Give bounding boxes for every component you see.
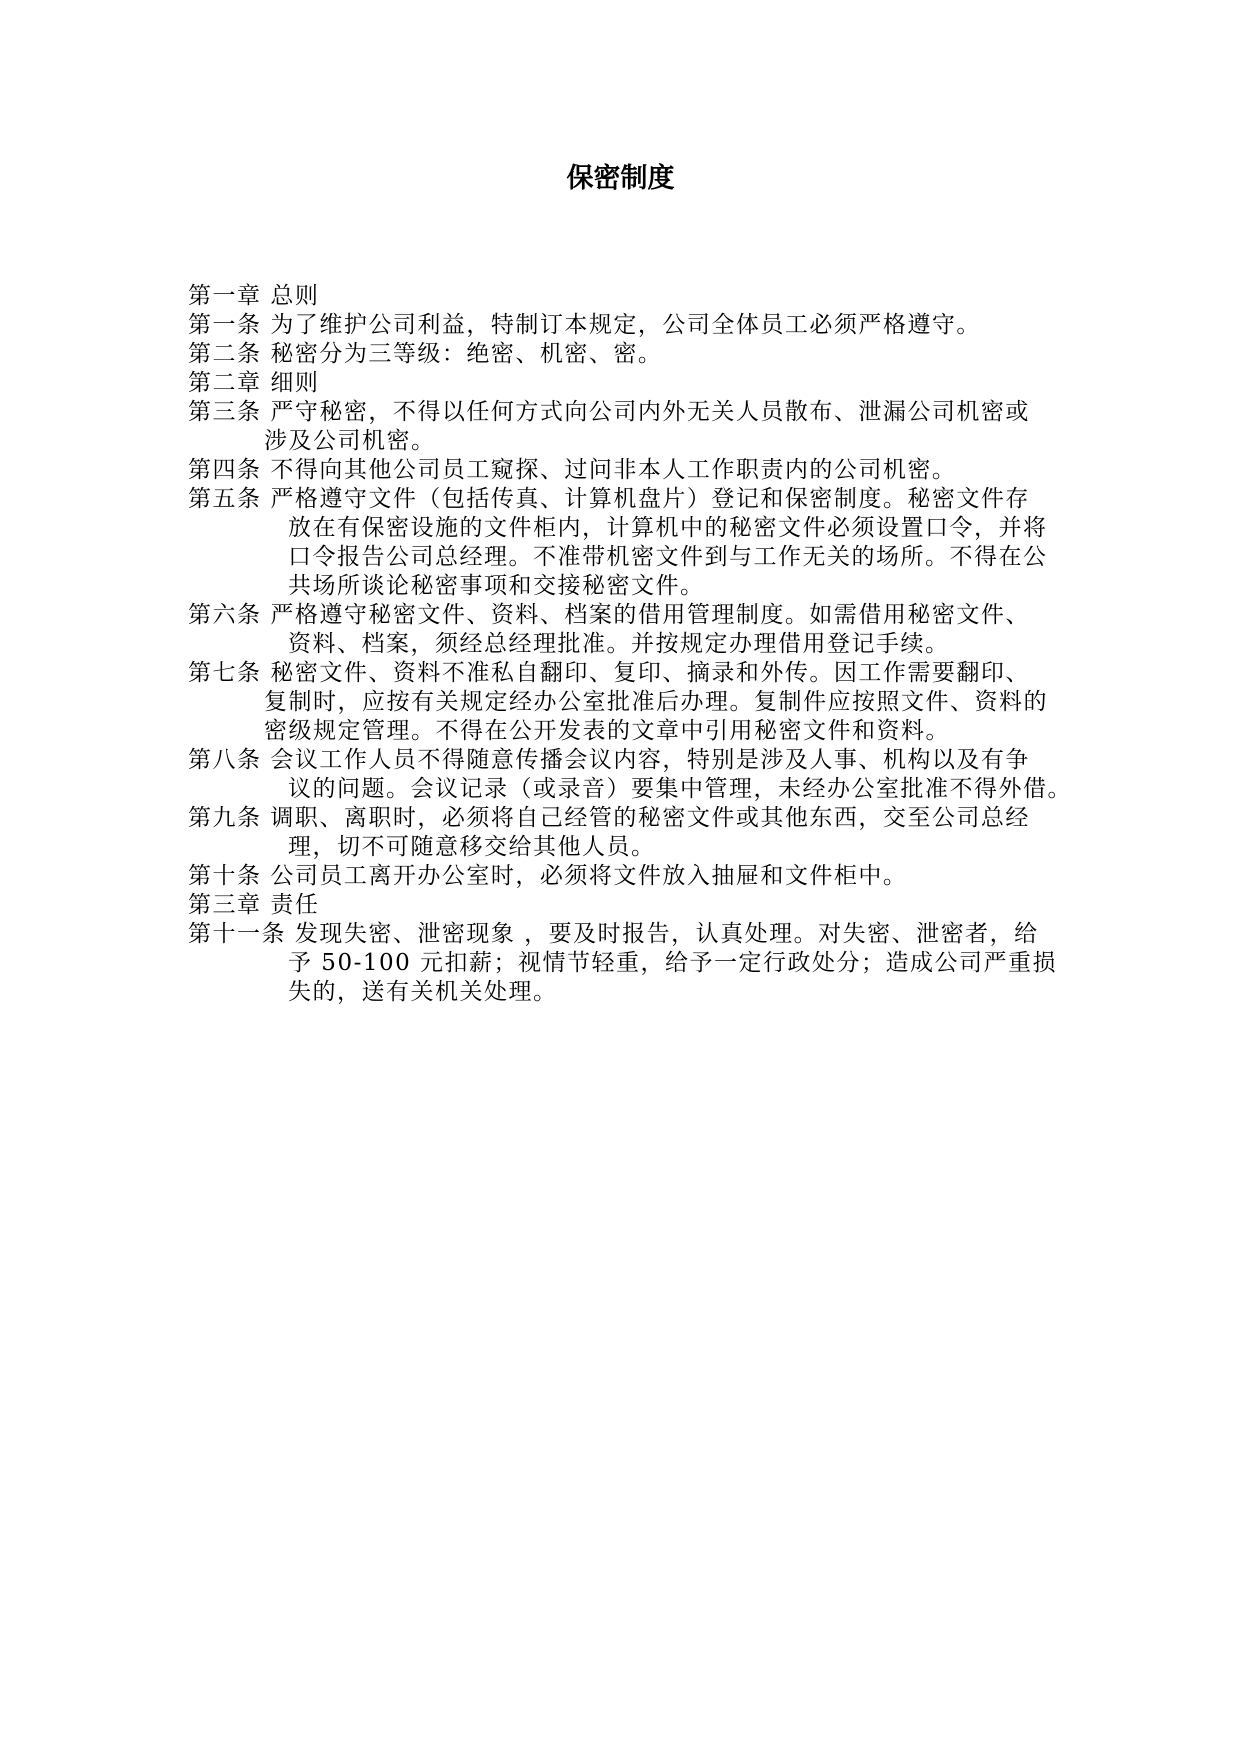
article-label: 第二条 (188, 340, 262, 369)
article-text: 秘密分为三等级：绝密、机密、密。 (270, 341, 662, 367)
article-line: 第二条 秘密分为三等级：绝密、机密、密。 (188, 340, 1068, 369)
article-line: 第一章 总则 (188, 282, 1068, 311)
article-line: 第四条 不得向其他公司员工窥探、过问非本人工作职责内的公司机密。 (188, 456, 1068, 485)
document-title: 保密制度 (0, 162, 1241, 196)
article-continuation-line: 口令报告公司总经理。不准带机密文件到与工作无关的场所。不得在公 (188, 543, 1068, 572)
article-text: 为了维护公司利益，特制订本规定，公司全体员工必须严格遵守。 (270, 312, 981, 338)
article-label: 第九条 (188, 804, 262, 833)
article-text: 细则 (270, 370, 319, 396)
article-label: 第十一条 (188, 920, 286, 949)
article-line: 第七条 秘密文件、资料不准私自翻印、复印、摘录和外传。因工作需要翻印、 (188, 659, 1068, 688)
document-body: 第一章 总则第一条 为了维护公司利益，特制订本规定，公司全体员工必须严格遵守。第… (188, 282, 1068, 1007)
article-text: 严格遵守文件（包括传真、计算机盘片）登记和保密制度。秘密文件存 (270, 486, 1030, 512)
article-line: 第十条 公司员工离开办公室时，必须将文件放入抽屉和文件柜中。 (188, 862, 1068, 891)
article-label: 第四条 (188, 456, 262, 485)
article-continuation-line: 失的，送有关机关处理。 (188, 978, 1068, 1007)
article-text: 予 50-100 元扣薪；视情节轻重，给予一定行政处分；造成公司严重损 (288, 950, 1057, 976)
article-text: 总则 (270, 283, 319, 309)
article-label: 第三章 (188, 891, 262, 920)
article-line: 第六条 严格遵守秘密文件、资料、档案的借用管理制度。如需借用秘密文件、 (188, 601, 1068, 630)
article-line: 第三条 严守秘密，不得以任何方式向公司内外无关人员散布、泄漏公司机密或 (188, 398, 1068, 427)
article-continuation-line: 资料、档案，须经总经理批准。并按规定办理借用登记手续。 (188, 630, 1068, 659)
article-text: 密级规定管理。不得在公开发表的文章中引用秘密文件和资料。 (264, 718, 950, 744)
article-text: 放在有保密设施的文件柜内，计算机中的秘密文件必须设置口令，并将 (288, 515, 1048, 541)
article-text: 复制时，应按有关规定经办公室批准后办理。复制件应按照文件、资料的 (264, 689, 1048, 715)
article-label: 第二章 (188, 369, 262, 398)
document-page: 保密制度 第一章 总则第一条 为了维护公司利益，特制订本规定，公司全体员工必须严… (0, 0, 1241, 1754)
article-line: 第五条 严格遵守文件（包括传真、计算机盘片）登记和保密制度。秘密文件存 (188, 485, 1068, 514)
article-label: 第六条 (188, 601, 262, 630)
article-continuation-line: 密级规定管理。不得在公开发表的文章中引用秘密文件和资料。 (188, 717, 1068, 746)
article-line: 第二章 细则 (188, 369, 1068, 398)
article-text: 严格遵守秘密文件、资料、档案的借用管理制度。如需借用秘密文件、 (270, 602, 1030, 628)
article-continuation-line: 涉及公司机密。 (188, 427, 1068, 456)
article-text: 秘密文件、资料不准私自翻印、复印、摘录和外传。因工作需要翻印、 (270, 660, 1030, 686)
article-continuation-line: 议的问题。会议记录（或录音）要集中管理，未经办公室批准不得外借。 (188, 775, 1068, 804)
article-text: 调职、离职时，必须将自己经管的秘密文件或其他东西，交至公司总经 (270, 805, 1030, 831)
article-label: 第七条 (188, 659, 262, 688)
article-text: 严守秘密，不得以任何方式向公司内外无关人员散布、泄漏公司机密或 (270, 399, 1030, 425)
article-text: 议的问题。会议记录（或录音）要集中管理，未经办公室批准不得外借。 (288, 776, 1072, 802)
article-label: 第三条 (188, 398, 262, 427)
article-continuation-line: 共场所谈论秘密事项和交接秘密文件。 (188, 572, 1068, 601)
article-line: 第十一条 发现失密、泄密现象 ，要及时报告，认真处理。对失密、泄密者，给 (188, 920, 1068, 949)
article-text: 不得向其他公司员工窥探、过问非本人工作职责内的公司机密。 (270, 457, 956, 483)
article-text: 涉及公司机密。 (264, 428, 436, 454)
article-continuation-line: 放在有保密设施的文件柜内，计算机中的秘密文件必须设置口令，并将 (188, 514, 1068, 543)
article-continuation-line: 理，切不可随意移交给其他人员。 (188, 833, 1068, 862)
article-text: 共场所谈论秘密事项和交接秘密文件。 (288, 573, 705, 599)
article-line: 第三章 责任 (188, 891, 1068, 920)
article-text: 理，切不可随意移交给其他人员。 (288, 834, 656, 860)
article-text: 发现失密、泄密现象 ，要及时报告，认真处理。对失密、泄密者，给 (295, 921, 1039, 947)
article-label: 第一章 (188, 282, 262, 311)
article-line: 第一条 为了维护公司利益，特制订本规定，公司全体员工必须严格遵守。 (188, 311, 1068, 340)
article-label: 第五条 (188, 485, 262, 514)
article-text: 资料、档案，须经总经理批准。并按规定办理借用登记手续。 (288, 631, 950, 657)
article-label: 第一条 (188, 311, 262, 340)
article-text: 会议工作人员不得随意传播会议内容，特别是涉及人事、机构以及有争 (270, 747, 1030, 773)
article-text: 公司员工离开办公室时，必须将文件放入抽屉和文件柜中。 (270, 863, 907, 889)
article-text: 失的，送有关机关处理。 (288, 979, 558, 1005)
article-label: 第八条 (188, 746, 262, 775)
article-text: 责任 (270, 892, 319, 918)
article-label: 第十条 (188, 862, 262, 891)
article-line: 第八条 会议工作人员不得随意传播会议内容，特别是涉及人事、机构以及有争 (188, 746, 1068, 775)
article-continuation-line: 予 50-100 元扣薪；视情节轻重，给予一定行政处分；造成公司严重损 (188, 949, 1068, 978)
article-text: 口令报告公司总经理。不准带机密文件到与工作无关的场所。不得在公 (288, 544, 1048, 570)
article-line: 第九条 调职、离职时，必须将自己经管的秘密文件或其他东西，交至公司总经 (188, 804, 1068, 833)
article-continuation-line: 复制时，应按有关规定经办公室批准后办理。复制件应按照文件、资料的 (188, 688, 1068, 717)
